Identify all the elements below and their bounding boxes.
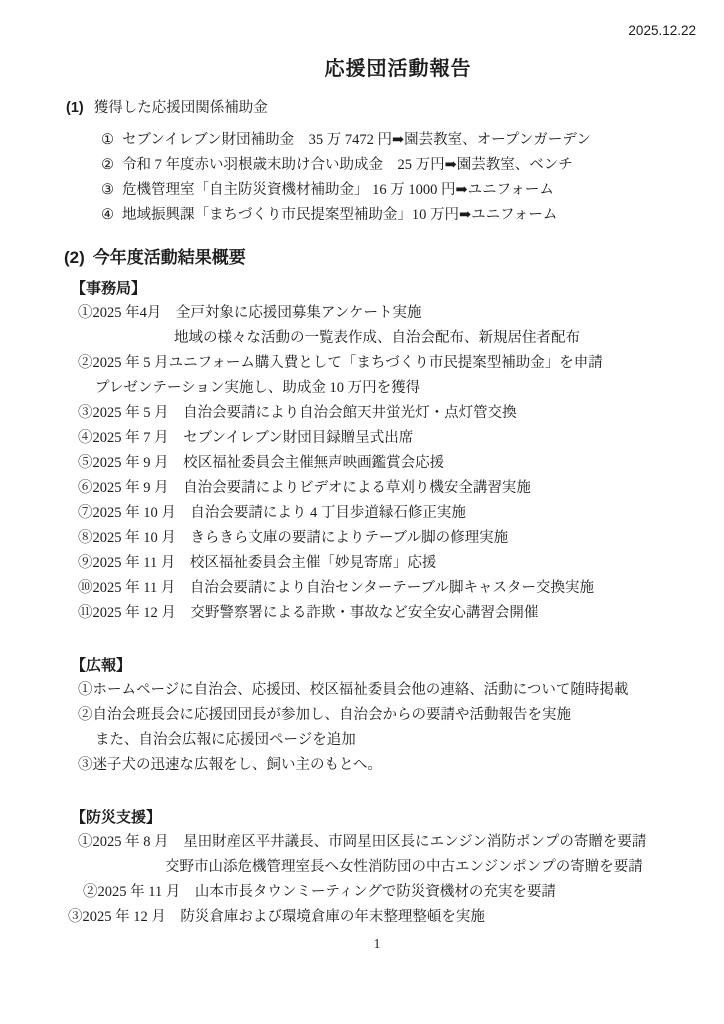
grant-item: ④地域振興課「まちづくり市民提案型補助金」10 万円➡ユニフォーム (0, 203, 724, 228)
section1-heading-text: 獲得した応援団関係補助金 (94, 100, 268, 116)
activity-line: ⑥2025 年 9 月 自治会要請によりビデオによる草刈り機安全講習実施 (0, 476, 724, 501)
activity-line: ③迷子犬の迅速な広報をし、飼い主のもとへ。 (0, 753, 724, 778)
subsection-title: 【広報】 (0, 653, 724, 678)
document-date: 2025.12.22 (0, 22, 724, 40)
section1-number: (1) (66, 100, 84, 116)
item-text: 令和 7 年度赤い羽根歳末助け合い助成金 25 万円➡園芸教室、ベンチ (122, 157, 573, 173)
grant-item: ①セブンイレブン財団補助金 35 万 7472 円➡園芸教室、オープンガーデン (0, 128, 724, 153)
activity-line: ③2025 年 12 月 防災倉庫および環境倉庫の年末整理整頓を実施 (0, 905, 724, 930)
activity-line: ③2025 年 5 月 自治会要請により自治会館天井蛍光灯・点灯管交換 (0, 401, 724, 426)
item-text: 危機管理室「自主防災資機材補助金」 16 万 1000 円➡ユニフォーム (122, 182, 554, 198)
page-number: 1 (0, 936, 724, 952)
item-text: 地域振興課「まちづくり市民提案型補助金」10 万円➡ユニフォーム (122, 207, 557, 223)
activity-line: ②2025 年 11 月 山本市長タウンミーティングで防災資機材の充実を要請 (0, 880, 724, 905)
activity-line: ⑦2025 年 10 月 自治会要請により 4 丁目歩道縁石修正実施 (0, 501, 724, 526)
activity-line: ①2025 年 8 月 星田財産区平井議長、市岡星田区長にエンジン消防ポンプの寄… (0, 830, 724, 855)
section1-grant-list: ①セブンイレブン財団補助金 35 万 7472 円➡園芸教室、オープンガーデン②… (0, 128, 724, 228)
item-marker: ④ (101, 207, 114, 223)
activity-line: ⑤2025 年 9 月 校区福祉委員会主催無声映画鑑賞会応援 (0, 451, 724, 476)
activity-line: ①ホームページに自治会、応援団、校区福祉委員会他の連絡、活動について随時掲載 (0, 678, 724, 703)
page-title: 応援団活動報告 (0, 54, 724, 84)
activity-line: ①2025 年4月 全戸対象に応援団募集アンケート実施 (0, 301, 724, 326)
activity-line: ④2025 年 7 月 セブンイレブン財団目録贈呈式出席 (0, 426, 724, 451)
document-page: 2025.12.22 応援団活動報告 (1)獲得した応援団関係補助金 ①セブンイ… (0, 0, 724, 1024)
grant-item: ②令和 7 年度赤い羽根歳末助け合い助成金 25 万円➡園芸教室、ベンチ (0, 153, 724, 178)
activity-line: 交野市山添危機管理室長へ女性消防団の中古エンジンポンプの寄贈を要請 (0, 855, 724, 880)
section2-number: (2) (64, 248, 85, 267)
section2-heading-text: 今年度活動結果概要 (93, 248, 246, 267)
grant-item: ③危機管理室「自主防災資機材補助金」 16 万 1000 円➡ユニフォーム (0, 178, 724, 203)
activity-line: 地域の様々な活動の一覧表作成、自治会配布、新規居住者配布 (0, 326, 724, 351)
activity-line: ②自治会班長会に応援団団長が参加し、自治会からの要請や活動報告を実施 (0, 703, 724, 728)
section1-heading: (1)獲得した応援団関係補助金 (0, 96, 724, 121)
section2-heading: (2)今年度活動結果概要 (0, 244, 724, 272)
activity-line: ⑩2025 年 11 月 自治会要請により自治センターテーブル脚キャスター交換実… (0, 576, 724, 601)
activity-line: ②2025 年 5 月ユニフォーム購入費として「まちづくり市民提案型補助金」を申… (0, 351, 724, 376)
subsection-title: 【事務局】 (0, 276, 724, 301)
subsection-title: 【防災支援】 (0, 805, 724, 830)
item-text: セブンイレブン財団補助金 35 万 7472 円➡園芸教室、オープンガーデン (122, 132, 591, 148)
activity-line: また、自治会広報に応援団ページを追加 (0, 728, 724, 753)
activity-line: プレゼンテーション実施し、助成金 10 万円を獲得 (0, 376, 724, 401)
item-marker: ① (101, 132, 114, 148)
activity-line: ⑨2025 年 11 月 校区福祉委員会主催「妙見寄席」応援 (0, 551, 724, 576)
item-marker: ② (101, 157, 114, 173)
activity-line: ⑧2025 年 10 月 きらきら文庫の要請によりテーブル脚の修理実施 (0, 526, 724, 551)
activity-line: ⑪2025 年 12 月 交野警察署による詐欺・事故など安全安心講習会開催 (0, 601, 724, 626)
item-marker: ③ (101, 182, 114, 198)
section2-content: 【事務局】①2025 年4月 全戸対象に応援団募集アンケート実施地域の様々な活動… (0, 276, 724, 930)
